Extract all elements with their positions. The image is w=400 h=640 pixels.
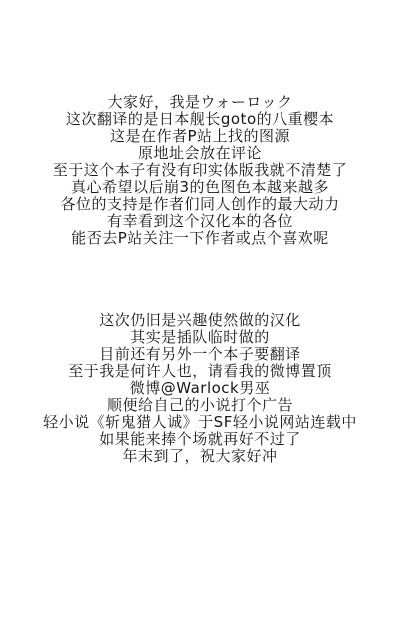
note-line: 微博@Warlock男巫 (0, 380, 400, 397)
note-line: 原地址会放在评论 (0, 145, 400, 162)
note-line: 这次翻译的是日本舰长goto的八重樱本 (0, 111, 400, 128)
note-line: 其实是插队临时做的 (0, 329, 400, 346)
note-line: 轻小说《斩鬼猎人诚》于SF轻小说网站连载中 (0, 414, 400, 431)
note-line: 年末到了，祝大家好冲 (0, 448, 400, 465)
intro-note-block: 大家好，我是ウォーロック 这次翻译的是日本舰长goto的八重樱本 这是在作者P站… (0, 94, 400, 247)
note-line: 这是在作者P站上找的图源 (0, 128, 400, 145)
note-line: 能否去P站关注一下作者或点个喜欢呢 (0, 230, 400, 247)
note-line: 这次仍旧是兴趣使然做的汉化 (0, 312, 400, 329)
note-line: 真心希望以后崩3的色图色本越来越多 (0, 179, 400, 196)
note-line: 至于我是何许人也，请看我的微博置顶 (0, 363, 400, 380)
note-line: 至于这个本子有没有印实体版我就不清楚了 (0, 162, 400, 179)
translator-note-page: 大家好，我是ウォーロック 这次翻译的是日本舰长goto的八重樱本 这是在作者P站… (0, 0, 400, 640)
note-line: 各位的支持是作者们同人创作的最大动力 (0, 196, 400, 213)
note-line: 大家好，我是ウォーロック (0, 94, 400, 111)
note-line: 有幸看到这个汉化本的各位 (0, 213, 400, 230)
note-line: 顺便给自己的小说打个广告 (0, 397, 400, 414)
note-line: 如果能来捧个场就再好不过了 (0, 431, 400, 448)
postscript-note-block: 这次仍旧是兴趣使然做的汉化 其实是插队临时做的 目前还有另外一个本子要翻译 至于… (0, 312, 400, 465)
note-line: 目前还有另外一个本子要翻译 (0, 346, 400, 363)
